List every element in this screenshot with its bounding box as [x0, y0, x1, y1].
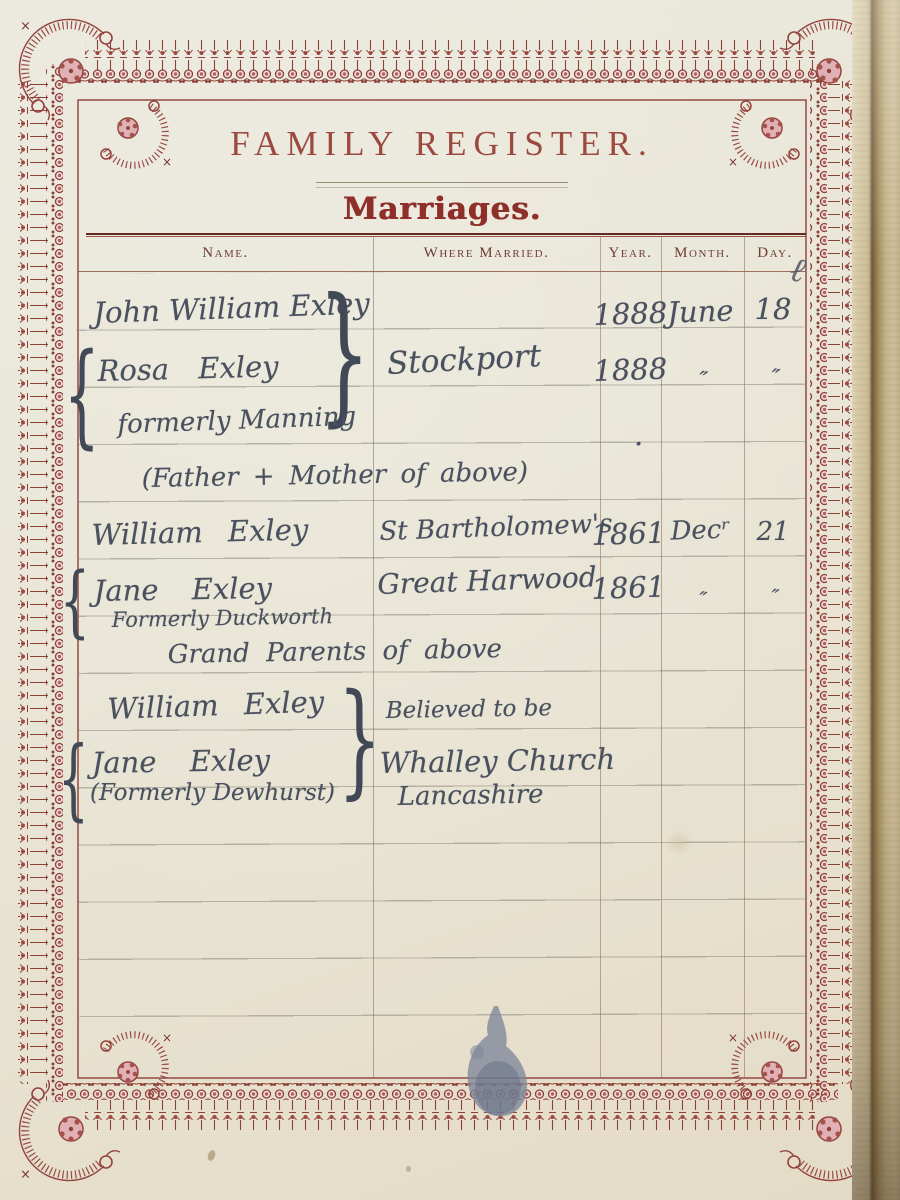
entry-month: Decʳ — [659, 514, 742, 547]
page-title: FAMILY REGISTER. — [78, 124, 806, 164]
entry-name: Jane Exley — [91, 743, 270, 780]
entry-note: Grand Parents of above — [167, 634, 502, 670]
title-divider-rule — [316, 182, 568, 188]
column-divider-4 — [744, 237, 745, 1078]
ink-brace: { — [64, 346, 100, 445]
ink-dot: . — [634, 418, 643, 452]
entry-maiden: Formerly Duckworth — [112, 604, 334, 632]
entry-where-note: Believed to be — [386, 695, 553, 724]
entry-name: Rosa Exley — [97, 349, 279, 388]
column-header-month: Month. — [661, 245, 744, 262]
entry-year: 1861 — [591, 570, 656, 606]
entry-day: 18 — [744, 292, 802, 326]
ink-brace: } — [338, 686, 381, 795]
entry-month: June — [657, 293, 744, 330]
entry-year: 1861 — [591, 516, 656, 552]
entry-name: William Exley — [91, 512, 309, 552]
book-page-edges — [852, 0, 900, 1200]
ink-brace: { — [60, 568, 90, 637]
paper-stain — [664, 830, 694, 856]
paper-speck — [406, 1166, 411, 1172]
photo-canvas: × × — [0, 0, 900, 1200]
entry-day: 21 — [744, 517, 802, 547]
register-page: × × — [0, 0, 852, 1200]
ink-blot — [452, 1002, 548, 1138]
table-top-rule — [86, 233, 806, 238]
entry-year: 1888 — [593, 352, 656, 388]
section-title: Marriages. — [78, 191, 806, 227]
entry-maiden: (Formerly Dewhurst) — [90, 780, 335, 806]
ink-brace: } — [318, 288, 370, 420]
column-header-name: Name. — [78, 245, 373, 262]
entry-year: 1888 — [593, 296, 656, 332]
entry-name: Jane Exley — [93, 571, 272, 608]
column-header-where: Where Married. — [373, 245, 600, 262]
ink-brace: { — [58, 740, 89, 817]
entry-where: Whalley Church — [379, 742, 615, 780]
entry-where-line2: Lancashire — [397, 779, 543, 812]
column-header-year: Year. — [600, 245, 661, 262]
